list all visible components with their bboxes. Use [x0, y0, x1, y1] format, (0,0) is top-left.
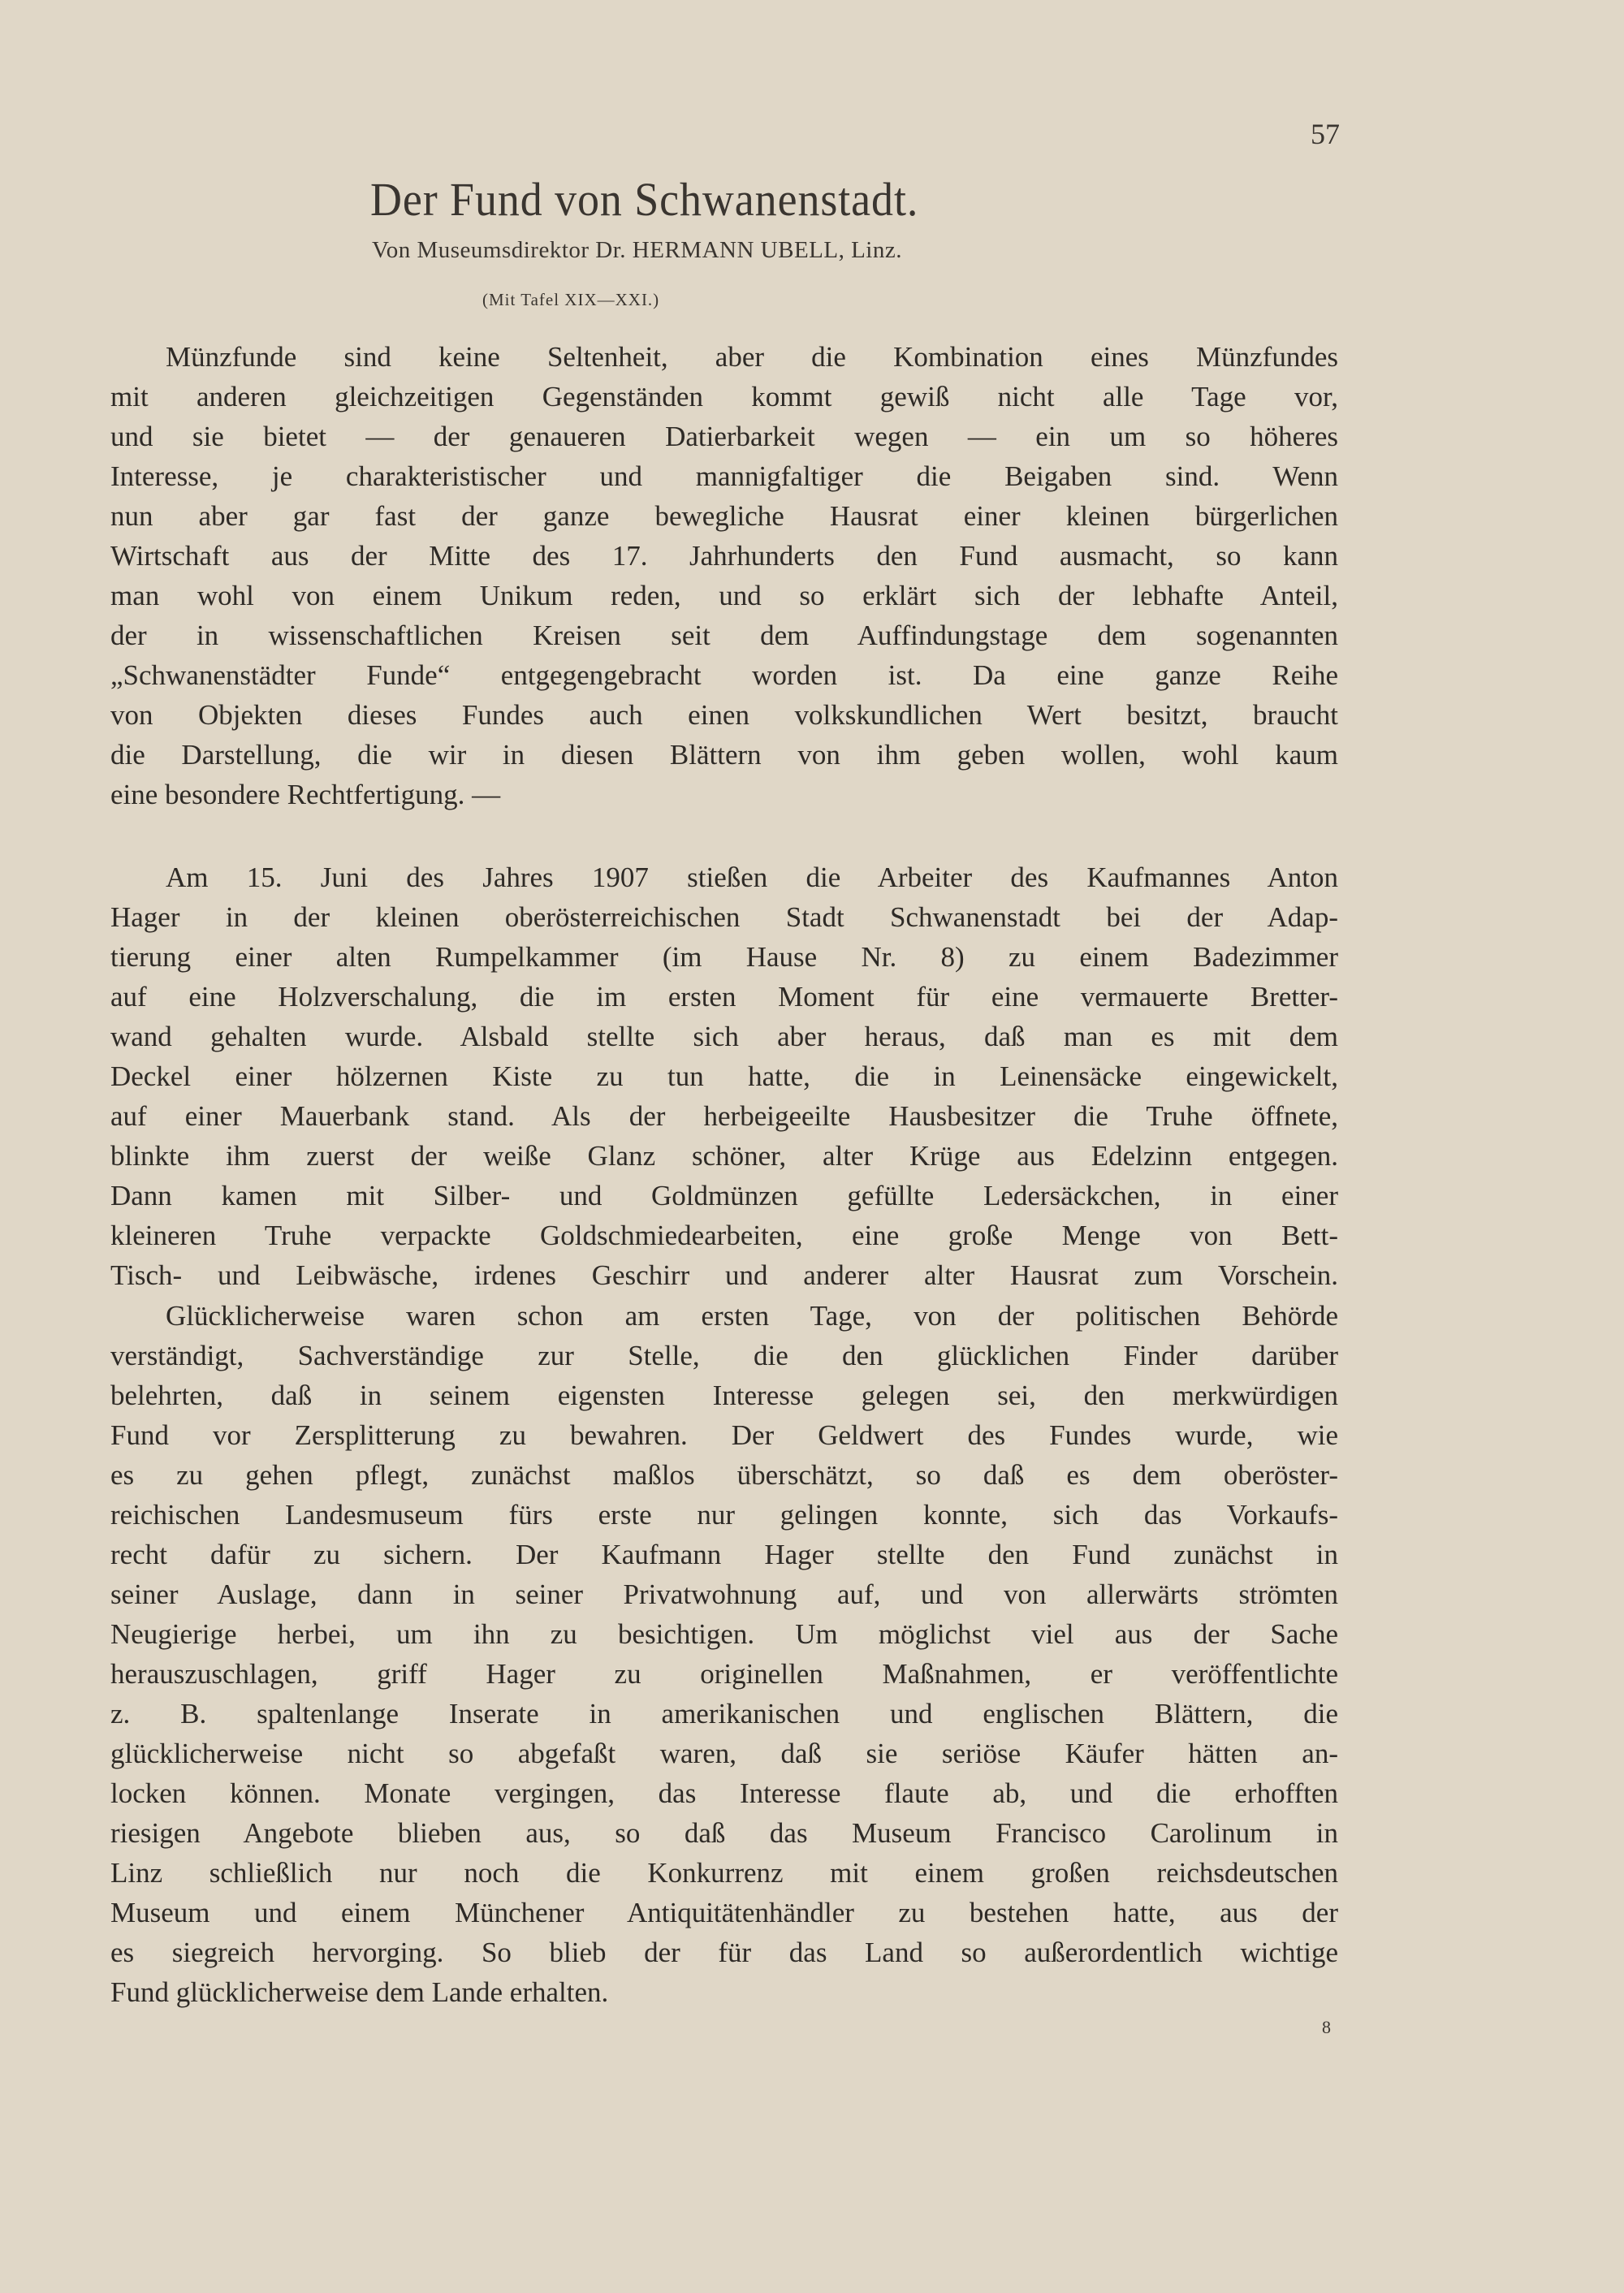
text-line: Münzfunde sind keine Seltenheit, aber di…: [110, 337, 1338, 377]
text-line: Glücklicherweise waren schon am ersten T…: [110, 1296, 1338, 1336]
text-line: belehrten, daß in seinem eigensten Inter…: [110, 1375, 1338, 1415]
text-line: man wohl von einem Unikum reden, und so …: [110, 576, 1338, 615]
text-line: locken können. Monate vergingen, das Int…: [110, 1773, 1338, 1813]
paragraph-3: Glücklicherweise waren schon am ersten T…: [110, 1296, 1338, 2012]
text-line: seiner Auslage, dann in seiner Privatwoh…: [110, 1574, 1338, 1614]
text-line: mit anderen gleichzeitigen Gegenständen …: [110, 377, 1338, 417]
text-line: Am 15. Juni des Jahres 1907 stießen die …: [110, 857, 1338, 897]
text-line: es siegreich hervorging. So blieb der fü…: [110, 1932, 1338, 1972]
paragraph-1: Münzfunde sind keine Seltenheit, aber di…: [110, 337, 1338, 814]
text-line: auf einer Mauerbank stand. Als der herbe…: [110, 1096, 1338, 1136]
text-line: Tisch- und Leibwäsche, irdenes Geschirr …: [110, 1255, 1338, 1295]
article-byline: Von Museumsdirektor Dr. HERMANN UBELL, L…: [372, 237, 902, 264]
plates-note: (Mit Tafel XIX—XXI.): [482, 290, 659, 310]
text-line: Linz schließlich nur noch die Konkurrenz…: [110, 1853, 1338, 1893]
text-line: nun aber gar fast der ganze bewegliche H…: [110, 496, 1338, 536]
text-line: Fund glücklicherweise dem Lande erhalten…: [110, 1972, 1338, 2012]
text-line: reichischen Landesmuseum fürs erste nur …: [110, 1495, 1338, 1535]
text-line: Dann kamen mit Silber- und Goldmünzen ge…: [110, 1176, 1338, 1216]
text-line: blinkte ihm zuerst der weiße Glanz schön…: [110, 1136, 1338, 1176]
text-line: die Darstellung, die wir in diesen Blätt…: [110, 735, 1338, 775]
paragraph-2: Am 15. Juni des Jahres 1907 stießen die …: [110, 857, 1338, 1295]
text-line: kleineren Truhe verpackte Goldschmiedear…: [110, 1216, 1338, 1255]
text-line: tierung einer alten Rumpelkammer (im Hau…: [110, 937, 1338, 977]
text-line: herauszuschlagen, griff Hager zu origine…: [110, 1654, 1338, 1694]
text-line: und sie bietet — der genaueren Datierbar…: [110, 417, 1338, 456]
article-title: Der Fund von Schwanenstadt.: [370, 172, 918, 227]
text-line: glücklicherweise nicht so abgefaßt waren…: [110, 1734, 1338, 1773]
text-line: der in wissenschaftlichen Kreisen seit d…: [110, 615, 1338, 655]
text-line: wand gehalten wurde. Alsbald stellte sic…: [110, 1017, 1338, 1056]
page-number: 57: [1299, 117, 1340, 151]
text-line: verständigt, Sachverständige zur Stelle,…: [110, 1336, 1338, 1375]
text-line: Hager in der kleinen oberösterreichische…: [110, 897, 1338, 937]
text-line: auf eine Holzverschalung, die im ersten …: [110, 977, 1338, 1017]
text-line: z. B. spaltenlange Inserate in amerikani…: [110, 1694, 1338, 1734]
text-line: „Schwanenstädter Funde“ entgegengebracht…: [110, 655, 1338, 695]
text-line: Wirtschaft aus der Mitte des 17. Jahrhun…: [110, 536, 1338, 576]
text-line: Museum und einem Münchener Antiquitätenh…: [110, 1893, 1338, 1932]
text-line: Deckel einer hölzernen Kiste zu tun hatt…: [110, 1056, 1338, 1096]
text-line: Neugierige herbei, um ihn zu besichtigen…: [110, 1614, 1338, 1654]
text-line: von Objekten dieses Fundes auch einen vo…: [110, 695, 1338, 735]
text-line: Fund vor Zersplitterung zu bewahren. Der…: [110, 1415, 1338, 1455]
signature-mark: 8: [1322, 2017, 1331, 2038]
text-line: Interesse, je charakteristischer und man…: [110, 456, 1338, 496]
text-line: eine besondere Rechtfertigung. —: [110, 775, 1338, 814]
text-line: recht dafür zu sichern. Der Kaufmann Hag…: [110, 1535, 1338, 1574]
text-line: riesigen Angebote blieben aus, so daß da…: [110, 1813, 1338, 1853]
text-line: es zu gehen pflegt, zunächst maßlos über…: [110, 1455, 1338, 1495]
